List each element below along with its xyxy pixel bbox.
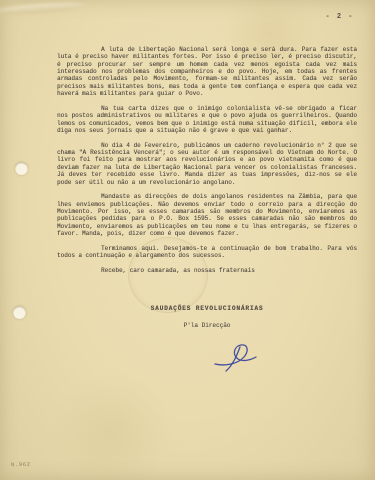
closing-line: Recebe, caro camarada, as nossas fratern… (57, 267, 357, 274)
letter-paragraph: A luta de Libertação Nacional será longa… (57, 46, 357, 97)
letter-paragraph: Mandaste as direcções de dois angolanos … (57, 193, 357, 237)
page-number: - 2 - (325, 13, 354, 21)
paper-crease (0, 1, 87, 17)
signature-caption: P'la Direcção (57, 322, 357, 329)
letter-paragraph: Terminamos aqui. Desejamos-te a continua… (57, 245, 357, 260)
letter-paragraph: Na tua carta dizes que o inimigo colonia… (57, 105, 357, 134)
punch-hole (15, 162, 28, 175)
pencil-note: N.962 (11, 461, 31, 468)
signature-block: SAUDAÇÕES REVOLUCIONÁRIAS P'la Direcção (57, 305, 357, 329)
salutation-line: SAUDAÇÕES REVOLUCIONÁRIAS (57, 305, 357, 312)
letter-page: - 2 - A luta de Libertação Nacional será… (0, 0, 375, 480)
letter-body: A luta de Libertação Nacional será longa… (57, 46, 357, 274)
signature-mark (209, 337, 261, 375)
punch-hole (13, 306, 26, 319)
letter-paragraph: No dia 4 de Fevereiro, publicámos um cad… (57, 142, 357, 186)
